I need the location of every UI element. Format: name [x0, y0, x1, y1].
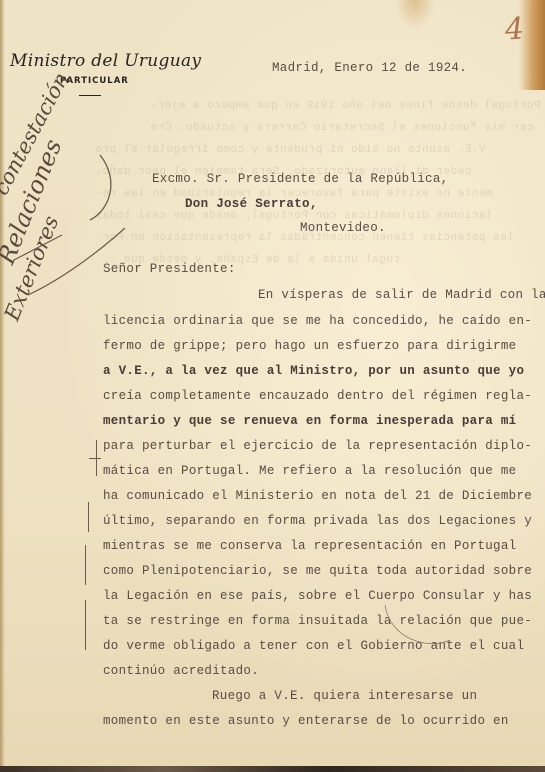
bleed-through-line: laciones diplomáticas con Portugal, desd…	[95, 210, 493, 222]
bleed-through-line: cer mis funciones el Secretario Carrera …	[150, 122, 533, 134]
page-number: 4	[504, 11, 525, 47]
body-line: fermo de grippe; pero hago un esfuerzo p…	[103, 339, 516, 353]
body-line: como Plenipotenciario, se me quita toda …	[103, 564, 532, 578]
body-line: ha comunicado el Ministerio en nota del …	[103, 489, 532, 503]
bleed-through-line: V.E. asunto no sido ni prudente y como i…	[95, 144, 486, 156]
letterhead-rule	[79, 95, 101, 96]
body-line: para perturbar el ejercicio de la repres…	[103, 439, 532, 453]
body-line: ta se restringe en forma insuitada la re…	[103, 614, 532, 628]
handwritten-strokes	[0, 140, 140, 300]
pencil-arc-mark	[380, 600, 460, 660]
margin-mark	[89, 458, 101, 459]
date-line: Madrid, Enero 12 de 1924.	[272, 61, 467, 75]
letter-page: Portugal desde fines del año 1919 en que…	[0, 0, 545, 772]
paper-left-edge	[0, 0, 5, 772]
body-line: último, separando en forma privada las d…	[103, 514, 532, 528]
addressee-line-2: Don José Serrato,	[185, 197, 318, 211]
body-line: creía completamente encauzado dentro del…	[103, 389, 532, 403]
body-line: mentario y que se renueva en forma inesp…	[103, 414, 516, 428]
body-line: Ruego a V.E. quiera interesarse un	[212, 689, 477, 703]
body-line: la Legación en ese país, sobre el Cuerpo…	[103, 589, 532, 603]
margin-mark	[88, 502, 89, 532]
body-line: do verme obligado a tener con el Gobiern…	[103, 639, 524, 653]
addressee-line-3: Montevideo.	[300, 221, 386, 235]
paper-stain-top	[395, 0, 435, 30]
body-line: mática en Portugal. Me refiero a la reso…	[103, 464, 516, 478]
scan-bottom-edge	[0, 766, 545, 772]
bleed-through-line: Portugal desde fines del año 1919 en que…	[150, 100, 541, 112]
body-line: momento en este asunto y enterarse de lo…	[103, 714, 509, 728]
margin-mark	[85, 600, 86, 650]
body-line: licencia ordinaria que se me ha concedid…	[103, 314, 532, 328]
addressee-line-1: Excmo. Sr. Presidente de la República,	[152, 172, 448, 186]
body-line: continúo acreditado.	[103, 664, 259, 678]
body-line: a V.E., a la vez que al Ministro, por un…	[103, 364, 524, 378]
margin-mark	[85, 545, 86, 585]
body-line: mientras se me conserva la representació…	[103, 539, 516, 553]
body-line: En vísperas de salir de Madrid con la	[258, 288, 545, 302]
letterhead-title: Ministro del Uruguay	[10, 51, 201, 71]
